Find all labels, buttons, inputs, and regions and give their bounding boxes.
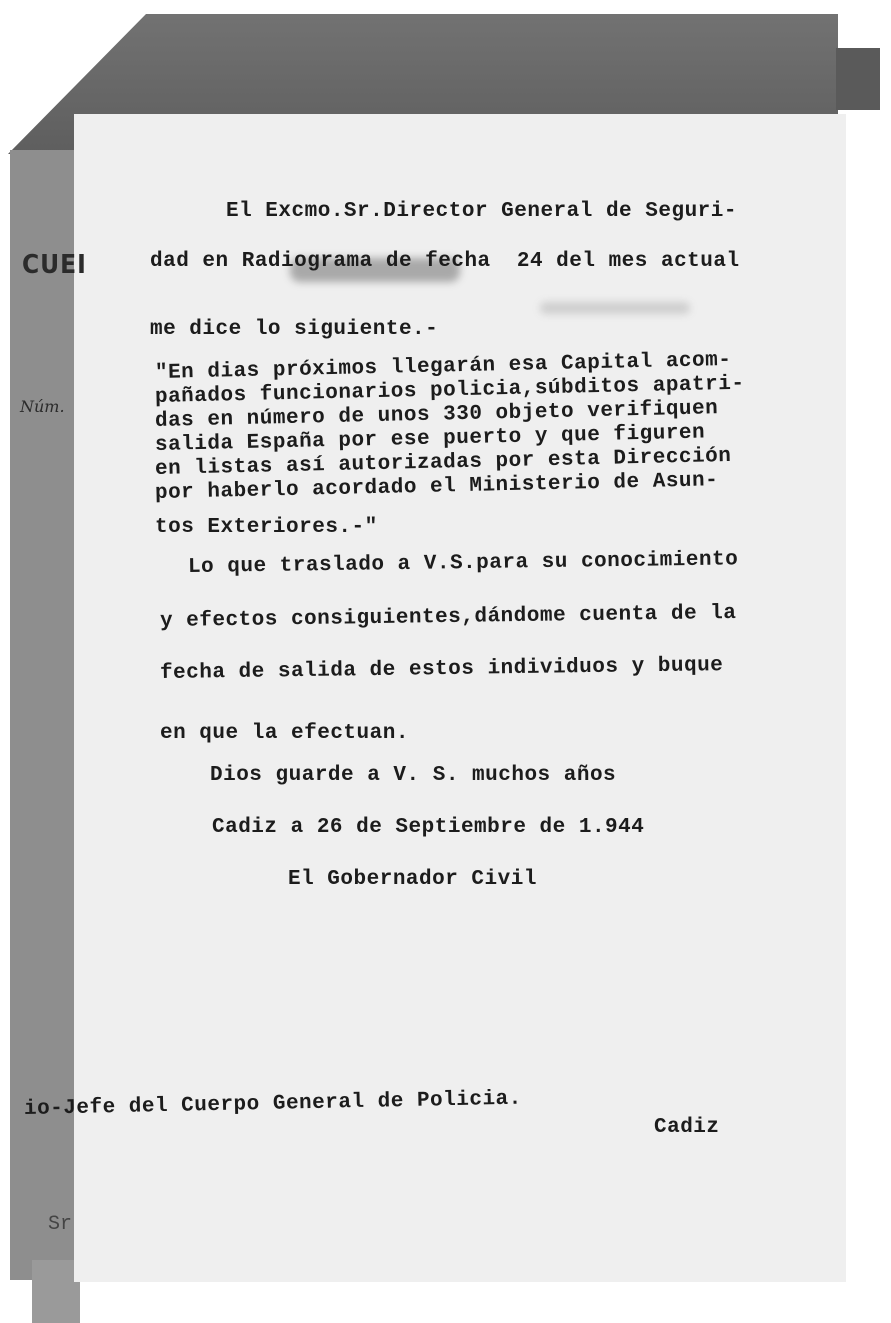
closing-signatory: El Gobernador Civil [288,868,537,891]
paragraph-1-line: me dice lo siguiente.- [150,318,438,341]
closing-greeting: Dios guarde a V. S. muchos años [210,764,616,787]
closing-place-date: Cadiz a 26 de Septiembre de 1.944 [212,816,644,839]
under-sheet-header-fragment: CUEI [22,250,87,280]
under-sheet-number-label: Núm. [20,397,65,416]
paragraph-2-line: en que la efectuan. [160,722,409,745]
paragraph-1-line: dad en Radiograma de fecha 24 del mes ac… [150,250,740,273]
ink-smudge-faint [540,302,690,314]
under-sheet-strip-lower [32,1260,80,1323]
addressee-city: Cadiz [654,1116,720,1139]
paragraph-1-line: El Excmo.Sr.Director General de Seguri- [226,200,737,223]
quote-line: tos Exteriores.-" [155,516,378,539]
folder-tab [836,48,880,110]
under-sheet-salutation: Sr [48,1213,72,1236]
